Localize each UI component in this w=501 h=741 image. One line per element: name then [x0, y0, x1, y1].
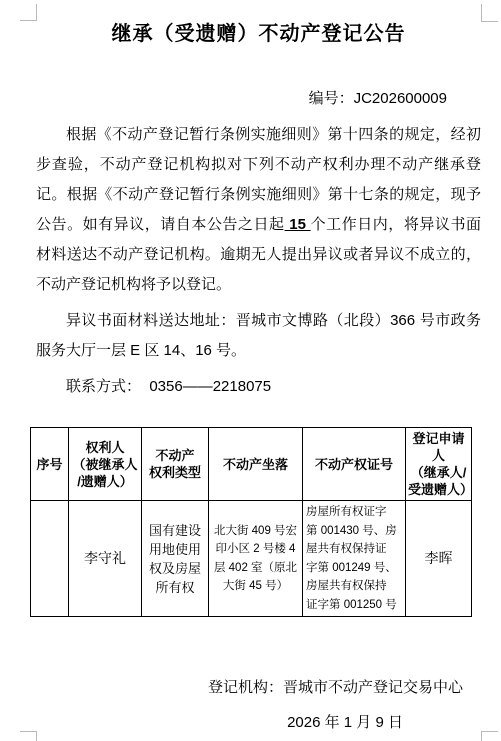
cell-location: 北大街 409 号宏 印小区 2 号楼 4 层 402 室（原北 大街 45 号… [209, 501, 303, 617]
col-header-seq: 序号 [31, 428, 69, 501]
col-header-applicant: 登记申请人 （继承人/ 受遗赠人） [406, 428, 472, 501]
cell-cert-no: 房屋所有权证字 第 001430 号、房 屋共有权保持证 字第 001249 号… [303, 501, 406, 617]
margin-crop-mark-bottom-right [481, 731, 498, 741]
table-row: 李守礼 国有建设 用地使用 权及房屋 所有权 北大街 409 号宏 印小区 2 … [31, 501, 472, 617]
paragraph-notice-body: 根据《不动产登记暂行条例实施细则》第十四条的规定，经初步查验，不动产登记机构拟对… [36, 120, 481, 300]
col-header-holder: 权利人 （被继承人 /遗赠人） [69, 428, 142, 501]
cell-right-type: 国有建设 用地使用 权及房屋 所有权 [142, 501, 209, 617]
doc-number-label: 编号： [309, 90, 354, 107]
margin-crop-mark-top-right [481, 4, 498, 22]
paragraph-contact-phone: 联系方式： 0356——2218075 [36, 372, 481, 402]
cell-holder: 李守礼 [69, 501, 142, 617]
cell-applicant: 李晖 [406, 501, 472, 617]
footer-date: 2026 年 1 月 9 日 [36, 714, 481, 732]
document-content: 继承（受遗赠）不动产登记公告 编号：JC202600009 根据《不动产登记暂行… [36, 0, 481, 732]
col-header-location: 不动产坐落 [209, 428, 303, 501]
margin-crop-mark-top-left [20, 4, 37, 21]
doc-number-line: 编号：JC202600009 [36, 90, 481, 108]
footer-registry-org: 登记机构：晋城市不动产登记交易中心 [36, 679, 481, 697]
col-header-right-type: 不动产 权利类型 [142, 428, 209, 501]
registration-table: 序号 权利人 （被继承人 /遗赠人） 不动产 权利类型 不动产坐落 不动产权证号… [30, 427, 472, 617]
margin-crop-mark-bottom-left [20, 731, 37, 741]
col-header-cert-no: 不动产权证号 [303, 428, 406, 501]
paragraph-delivery-address: 异议书面材料送达地址：晋城市文博路（北段）366 号市政务服务大厅一层 E 区 … [36, 306, 481, 366]
document-page: 继承（受遗赠）不动产登记公告 编号：JC202600009 根据《不动产登记暂行… [0, 0, 501, 741]
page-title: 继承（受遗赠）不动产登记公告 [36, 22, 481, 46]
objection-days-value: 15 [285, 216, 311, 233]
table-header-row: 序号 权利人 （被继承人 /遗赠人） 不动产 权利类型 不动产坐落 不动产权证号… [31, 428, 472, 501]
cell-seq [31, 501, 69, 617]
doc-number-value: JC202600009 [354, 90, 447, 107]
